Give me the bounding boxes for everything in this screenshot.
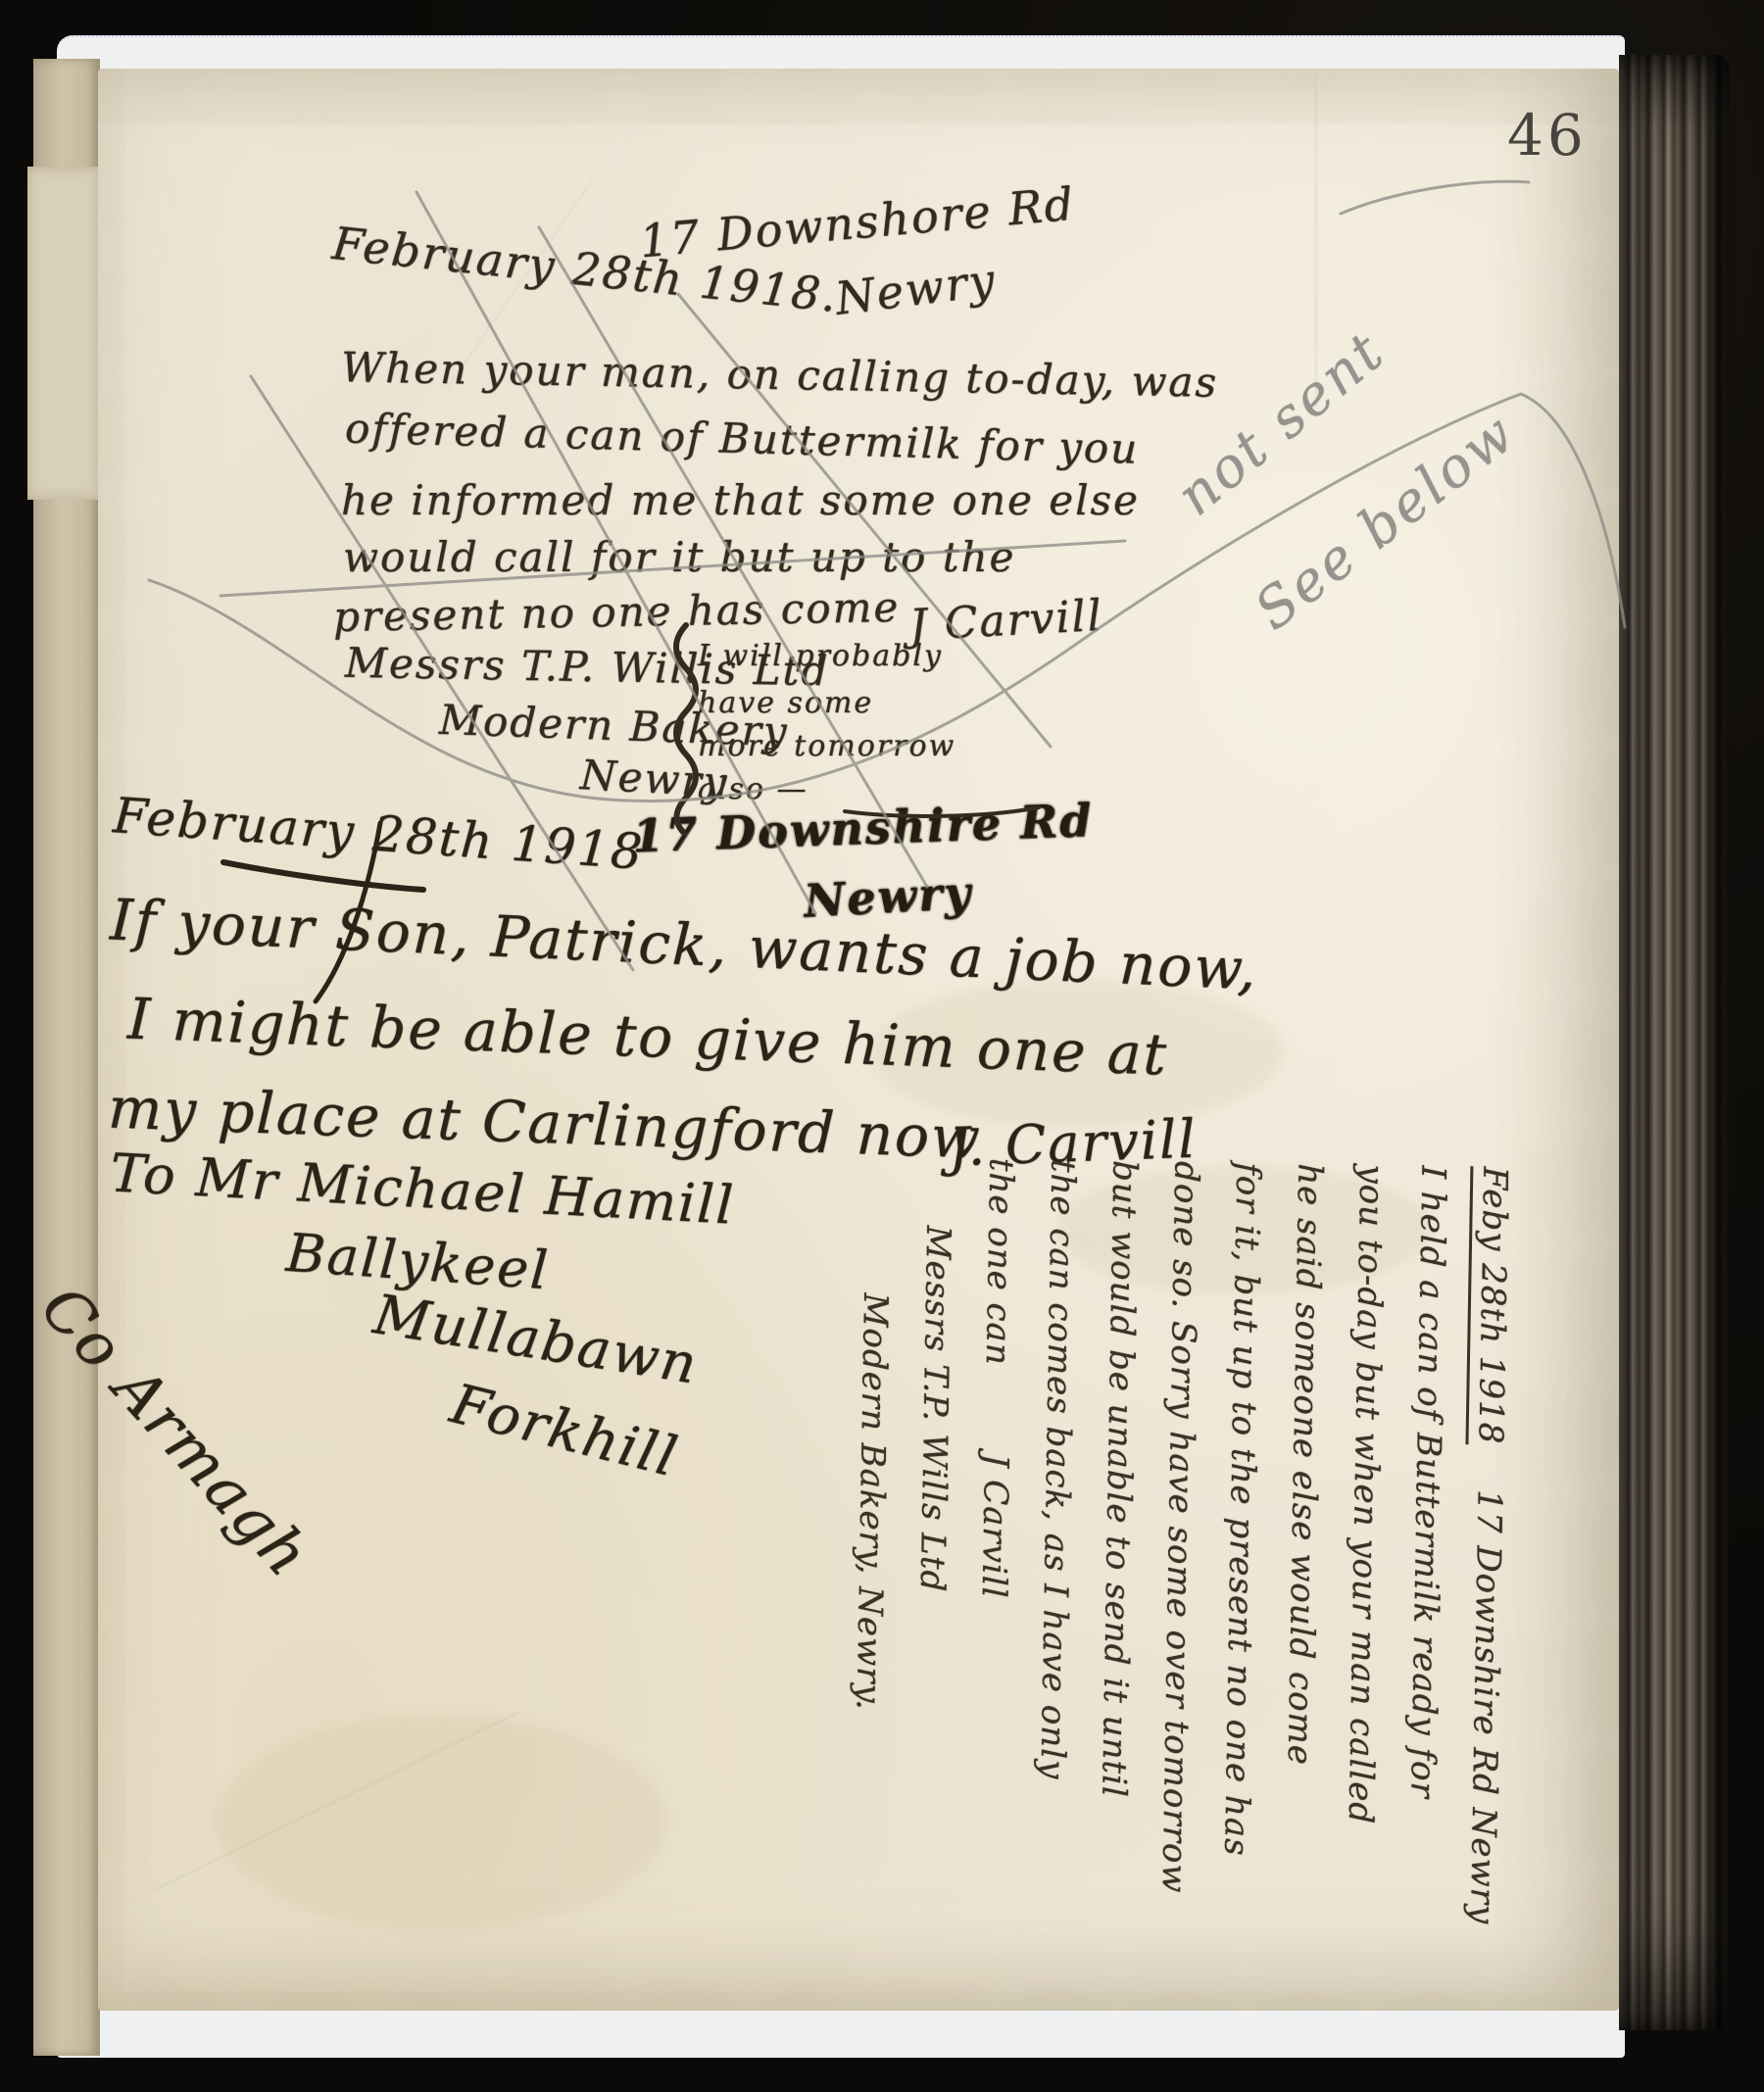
photographed-book-page: 46 17 Downshore Rd Newry February 28th 1… bbox=[0, 0, 1764, 2092]
letter3-address: 17 Downshire Rd Newry bbox=[1462, 1489, 1509, 1924]
letter3-body-fragment: the one can bbox=[978, 1157, 1021, 1366]
letter3-body-line: for it, but up to the present no one has bbox=[1204, 1162, 1279, 1888]
letter1-sidenote-line: I will probably bbox=[698, 639, 943, 673]
letter1-body-line: would call for it but up to the bbox=[343, 533, 1015, 581]
letter3-signature: J Carvill bbox=[974, 1453, 1016, 1598]
letter3-body-line: but would be unable to send it until bbox=[1081, 1159, 1155, 1885]
letter1-body-line: present no one has come bbox=[333, 583, 901, 641]
letter3-body-line: I held a can of Buttermilk ready for bbox=[1390, 1165, 1464, 1891]
letter1-sidenote-line: also — bbox=[698, 772, 808, 806]
letter3-rotated-block: Feby 28th 191817 Downshire Rd Newry I he… bbox=[827, 1155, 1526, 1892]
letter1-body-line: he informed me that some one else bbox=[341, 476, 1140, 524]
letter3-body-line: you to-day but when your man called bbox=[1328, 1164, 1402, 1890]
paper-stain bbox=[216, 1715, 666, 1930]
letter3-heading: Feby 28th 191817 Downshire Rd Newry bbox=[1450, 1166, 1525, 1892]
old-tape-fragment bbox=[27, 167, 100, 500]
letter3-body-line: the can comes back, as I have only bbox=[1019, 1158, 1094, 1884]
book-fore-edge-pages bbox=[1619, 55, 1729, 2030]
page-number: 46 bbox=[1507, 102, 1588, 169]
letter3-body-line: done so. Sorry have some over tomorrow bbox=[1143, 1161, 1217, 1887]
letter3-recipient-line: Messrs T.P. Wills Ltd bbox=[896, 1156, 970, 1882]
letter1-sidenote-line: have some bbox=[698, 686, 873, 720]
letter3-date: Feby 28th 1918 bbox=[1465, 1166, 1514, 1445]
letter3-recipient-line: Modern Bakery, Newry. bbox=[834, 1155, 908, 1881]
letter1-sidenote-line: more tomorrow bbox=[698, 729, 955, 763]
